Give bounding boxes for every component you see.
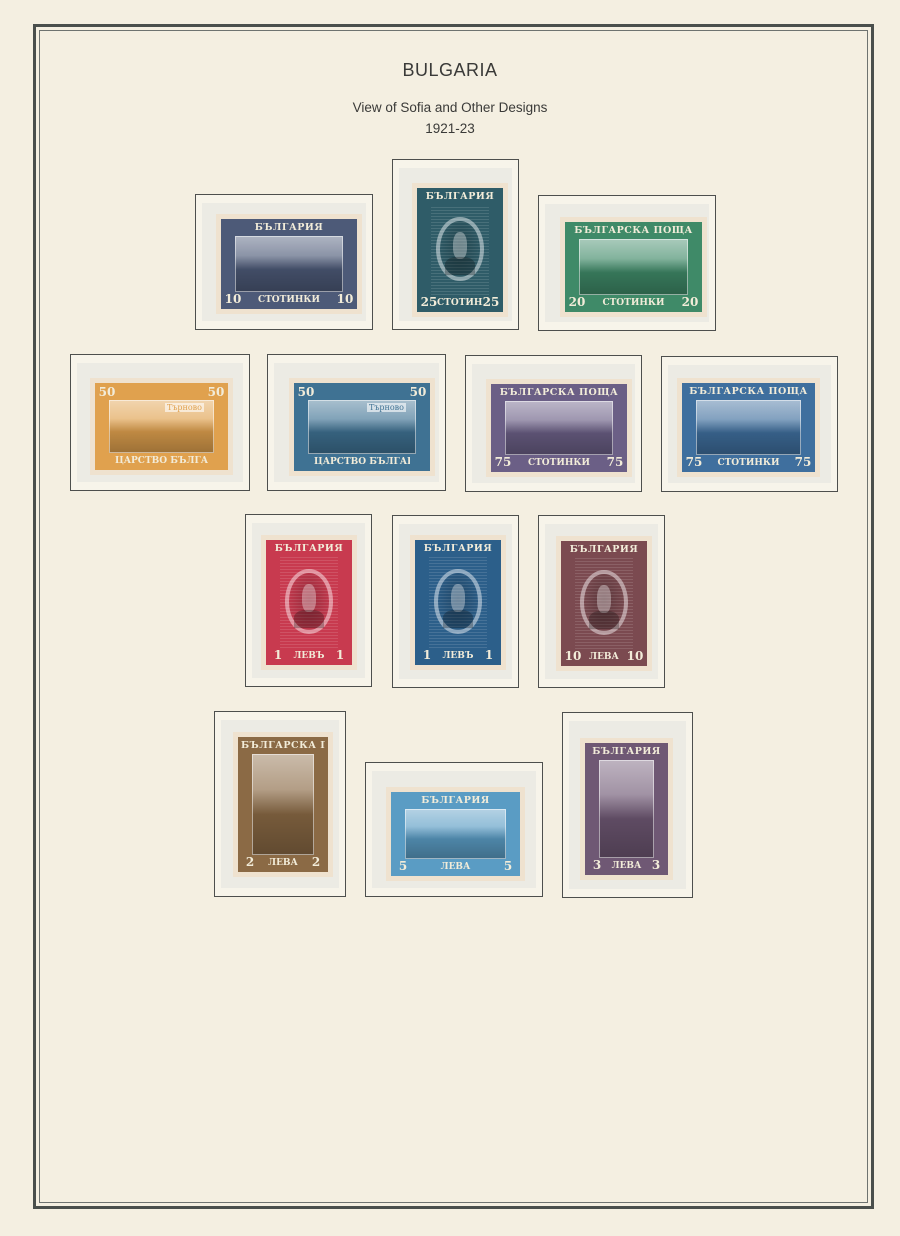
stamp-denomination-inscription: ЦАРСТВО БЪЛГАРИЯ bbox=[314, 456, 410, 469]
stamp-vignette bbox=[575, 558, 633, 649]
stamp-country-inscription: БЪЛГАРИЯ bbox=[418, 542, 498, 555]
stamp-denomination-inscription: ЛЕВА bbox=[605, 860, 648, 873]
stamp-country-inscription: БЪЛГАРСКА ПОЩА bbox=[568, 224, 699, 237]
stamp-value-right: 50 bbox=[207, 385, 225, 400]
stamp[interactable]: БЪЛГАРИЯЛЕВЪ11 bbox=[410, 535, 506, 670]
portrait-head bbox=[451, 584, 465, 611]
stamp-vignette bbox=[431, 205, 489, 295]
stamp-value-left: 75 bbox=[685, 455, 703, 470]
stamp-value-left: 50 bbox=[98, 385, 116, 400]
stamp[interactable]: БЪЛГАРИЯЛЕВЪ11 bbox=[261, 535, 357, 670]
stamp-country-inscription: БЪЛГАРСКА ПОЩА bbox=[494, 386, 624, 399]
stamp-design: БЪЛГАРИЯЛЕВА33 bbox=[585, 743, 668, 875]
stamp-value-right: 20 bbox=[681, 295, 699, 310]
stamp-country-inscription: БЪЛГАРИЯ bbox=[224, 221, 354, 234]
stamp-design: БЪЛГАРИЯЛЕВА55 bbox=[391, 792, 520, 876]
stamp-vignette bbox=[280, 557, 338, 648]
stamp[interactable]: БЪЛГАРИЯЛЕВА1010 bbox=[556, 536, 652, 671]
stamp-design: БЪЛГАРИЯСТОТИНКИ2525 bbox=[417, 188, 503, 312]
stamp-design: БЪЛГАРСКА ПОЩАСТОТИНКИ7575 bbox=[682, 383, 815, 472]
stamp[interactable]: БЪЛГАРСКА ПОЩАСТОТИНКИ7575 bbox=[486, 379, 632, 477]
portrait-shoulders bbox=[294, 610, 324, 628]
stamp-denomination-inscription: СТОТИНКИ bbox=[241, 294, 337, 307]
stamp-value-right: 10 bbox=[336, 292, 354, 307]
stamp-denomination-inscription: СТОТИНКИ bbox=[437, 297, 483, 310]
stamp-vignette bbox=[235, 236, 343, 292]
stamp-value-right: 3 bbox=[647, 858, 665, 873]
stamp-caption: Търново bbox=[165, 403, 204, 412]
stamp-country-inscription: БЪЛГАРИЯ bbox=[588, 745, 665, 758]
stamp-country-inscription: БЪЛГАРИЯ bbox=[420, 190, 500, 203]
stamp-denomination-inscription: СТОТИНКИ bbox=[511, 457, 607, 470]
stamp-value-left: 75 bbox=[494, 455, 512, 470]
page-subtitle: View of Sofia and Other Designs bbox=[0, 100, 900, 115]
stamp[interactable]: БЪЛГАРСКА ПОЩАЛЕВА22 bbox=[233, 732, 333, 877]
stamp-value-left: 5 bbox=[394, 859, 412, 874]
stamp-design: ЦАРСТВО БЪЛГАРИЯ5050Търново bbox=[294, 383, 430, 471]
stamp-country-inscription: БЪЛГАРСКА ПОЩА bbox=[685, 385, 812, 398]
stamp-value-left: 20 bbox=[568, 295, 586, 310]
stamp-vignette bbox=[505, 401, 613, 455]
stamp[interactable]: БЪЛГАРСКА ПОЩАСТОТИНКИ2020 bbox=[560, 217, 707, 317]
stamp-denomination-inscription: ЦАРСТВО БЪЛГАРИЯ bbox=[115, 455, 208, 468]
stamp[interactable]: БЪЛГАРИЯЛЕВА55 bbox=[386, 787, 525, 881]
page-title: BULGARIA bbox=[0, 60, 900, 81]
stamp-vignette bbox=[599, 760, 654, 858]
stamp-value-right: 10 bbox=[626, 649, 644, 664]
stamp-design: БЪЛГАРСКА ПОЩАСТОТИНКИ2020 bbox=[565, 222, 702, 312]
stamp[interactable]: БЪЛГАРИЯСТОТИНКИ1010 bbox=[216, 214, 362, 314]
stamp-value-right: 2 bbox=[307, 855, 325, 870]
stamp[interactable]: ЦАРСТВО БЪЛГАРИЯ5050Търново bbox=[90, 378, 233, 475]
stamp-country-inscription: БЪЛГАРИЯ bbox=[394, 794, 517, 807]
stamp-denomination-inscription: ЛЕВЪ bbox=[286, 650, 332, 663]
portrait-head bbox=[302, 584, 316, 611]
page-years: 1921-23 bbox=[0, 121, 900, 136]
stamp-vignette bbox=[696, 400, 801, 455]
portrait-head bbox=[597, 585, 611, 612]
stamp-caption: Търново bbox=[367, 403, 406, 412]
stamp-denomination-inscription: СТОТИНКИ bbox=[585, 297, 682, 310]
stamp-value-right: 50 bbox=[409, 385, 427, 400]
stamp-country-inscription: БЪЛГАРИЯ bbox=[564, 543, 644, 556]
stamp-value-left: 3 bbox=[588, 858, 606, 873]
stamp-value-right: 75 bbox=[606, 455, 624, 470]
stamp[interactable]: БЪЛГАРСКА ПОЩАСТОТИНКИ7575 bbox=[677, 378, 820, 477]
stamp-vignette bbox=[579, 239, 688, 295]
stamp-vignette bbox=[429, 557, 487, 648]
portrait-shoulders bbox=[443, 610, 473, 628]
stamp-design: БЪЛГАРСКА ПОЩАЛЕВА22 bbox=[238, 737, 328, 872]
stamp-country-inscription: БЪЛГАРИЯ bbox=[269, 542, 349, 555]
stamp-design: БЪЛГАРСКА ПОЩАСТОТИНКИ7575 bbox=[491, 384, 627, 472]
portrait-shoulders bbox=[445, 257, 475, 275]
stamp-design: БЪЛГАРИЯЛЕВЪ11 bbox=[266, 540, 352, 665]
stamp-design: БЪЛГАРИЯСТОТИНКИ1010 bbox=[221, 219, 357, 309]
stamp-design: БЪЛГАРИЯЛЕВЪ11 bbox=[415, 540, 501, 665]
stamp-denomination-inscription: ЛЕВА bbox=[411, 861, 500, 874]
stamp-value-left: 2 bbox=[241, 855, 259, 870]
stamp-design: ЦАРСТВО БЪЛГАРИЯ5050Търново bbox=[95, 383, 228, 470]
stamp[interactable]: БЪЛГАРИЯЛЕВА33 bbox=[580, 738, 673, 880]
stamp-value-right: 1 bbox=[331, 648, 349, 663]
stamp-denomination-inscription: ЛЕВЪ bbox=[435, 650, 481, 663]
stamp-denomination-inscription: ЛЕВА bbox=[581, 651, 627, 664]
stamp-value-right: 1 bbox=[480, 648, 498, 663]
stamp-value-left: 1 bbox=[418, 648, 436, 663]
stamp-value-left: 10 bbox=[564, 649, 582, 664]
stamp[interactable]: БЪЛГАРИЯСТОТИНКИ2525 bbox=[412, 183, 508, 317]
stamp-country-inscription: БЪЛГАРСКА ПОЩА bbox=[241, 739, 325, 752]
stamp-value-left: 50 bbox=[297, 385, 315, 400]
stamp-vignette bbox=[252, 754, 314, 855]
stamp-value-left: 1 bbox=[269, 648, 287, 663]
portrait-shoulders bbox=[589, 611, 619, 629]
stamp-value-right: 5 bbox=[499, 859, 517, 874]
stamp-denomination-inscription: СТОТИНКИ bbox=[702, 457, 795, 470]
stamp-denomination-inscription: ЛЕВА bbox=[258, 857, 308, 870]
portrait-head bbox=[453, 232, 467, 259]
stamp-value-left: 10 bbox=[224, 292, 242, 307]
stamp-value-right: 75 bbox=[794, 455, 812, 470]
stamp-design: БЪЛГАРИЯЛЕВА1010 bbox=[561, 541, 647, 666]
stamp-value-right: 25 bbox=[482, 295, 500, 310]
stamp[interactable]: ЦАРСТВО БЪЛГАРИЯ5050Търново bbox=[289, 378, 435, 476]
stamp-value-left: 25 bbox=[420, 295, 438, 310]
stamp-vignette bbox=[405, 809, 506, 859]
